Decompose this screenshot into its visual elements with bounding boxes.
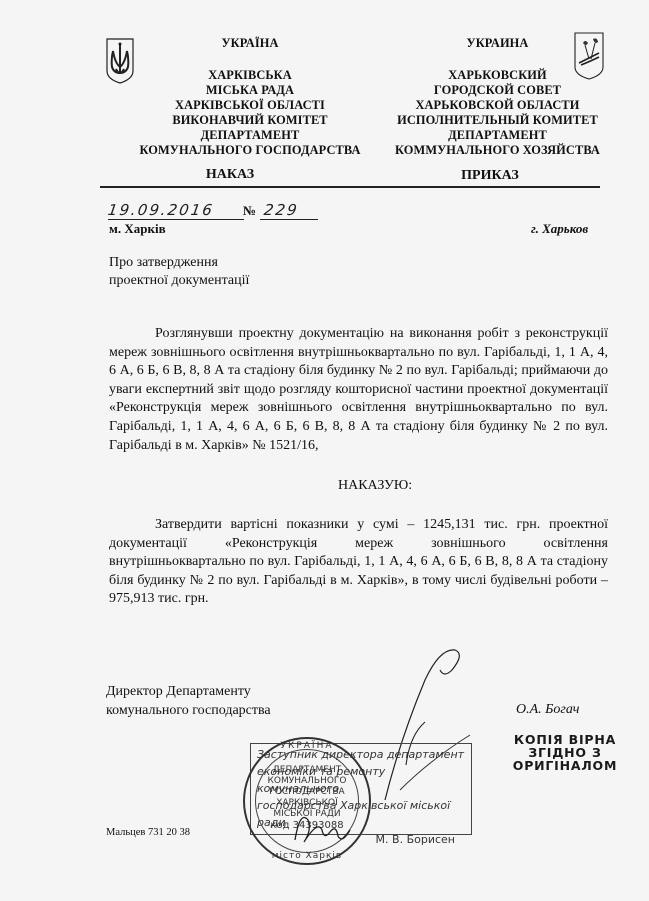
executor-note: Мальцев 731 20 38	[106, 827, 190, 838]
country-ua: УКРАЇНА	[120, 36, 380, 51]
signatory-name: О.А. Богач	[516, 702, 579, 718]
round-stamp-line: ДЕПАРТАМЕНТ	[259, 765, 355, 776]
header-right-line: КОММУНАЛЬНОГО ХОЗЯЙСТВА	[375, 143, 620, 158]
decision-paragraph: Затвердити вартісні показники у сумі – 1…	[109, 516, 608, 609]
round-stamp-line: КОМУНАЛЬНОГО	[259, 776, 355, 787]
header-left-line: ДЕПАРТАМЕНТ	[120, 128, 380, 143]
order-title-ru: ПРИКАЗ	[420, 168, 560, 184]
header-right-line: ДЕПАРТАМЕНТ	[375, 128, 620, 143]
deputy-signature	[290, 800, 360, 850]
certified-copy-stamp: КОПІЯ ВІРНА ЗГІДНО З ОРИГІНАЛОМ	[510, 733, 620, 772]
preamble-paragraph: Розглянувши проектну документацію на вик…	[109, 325, 608, 455]
header-right-line: ИСПОЛНИТЕЛЬНЫЙ КОМИТЕТ	[375, 113, 620, 128]
number-label: №	[243, 203, 256, 219]
subject-line: Про затвердження	[109, 254, 249, 272]
position-line: Директор Департаменту	[106, 682, 271, 701]
date-field: 19.09.2016	[108, 201, 244, 220]
date-value: 19.09.2016	[107, 201, 215, 219]
round-stamp-bottom: місто Харків	[245, 851, 369, 862]
order-word: НАКАЗУЮ:	[338, 478, 412, 494]
decision-text: Затвердити вартісні показники у сумі – 1…	[109, 516, 608, 609]
header-left-line: ХАРКІВСЬКОЇ ОБЛАСТІ	[120, 98, 380, 113]
preamble-text: Розглянувши проектну документацію на вик…	[109, 325, 608, 455]
round-stamp-top: УКРАЇНА	[245, 741, 369, 752]
position-line: комунального господарства	[106, 701, 271, 720]
kharkiv-coat-of-arms-icon	[573, 31, 605, 81]
number-field: 229	[260, 201, 318, 220]
number-value: 229	[259, 201, 300, 219]
header-divider	[100, 186, 600, 188]
header-left-line: ХАРКІВСЬКА	[120, 68, 380, 83]
signatory-position: Директор Департаменту комунального госпо…	[106, 682, 271, 720]
copy-stamp-line: ОРИГІНАЛОМ	[510, 759, 620, 772]
header-left-line: ВИКОНАВЧИЙ КОМІТЕТ	[120, 113, 380, 128]
round-stamp-line: ГОСПОДАРСТВА	[259, 787, 355, 798]
header-right-line: ХАРЬКОВСКОЙ ОБЛАСТИ	[375, 98, 620, 113]
subject-line: проектної документації	[109, 272, 249, 290]
subject: Про затвердження проектної документації	[109, 254, 249, 290]
header-left-line: МІСЬКА РАДА	[120, 83, 380, 98]
city-ru: г. Харьков	[531, 221, 588, 237]
order-title-ua: НАКАЗ	[170, 167, 290, 183]
header-left: УКРАЇНА ХАРКІВСЬКА МІСЬКА РАДА ХАРКІВСЬК…	[120, 36, 380, 158]
city-ua: м. Харків	[109, 221, 166, 237]
header-left-line: КОМУНАЛЬНОГО ГОСПОДАРСТВА	[120, 143, 380, 158]
header-right-line: ГОРОДСКОЙ СОВЕТ	[375, 83, 620, 98]
